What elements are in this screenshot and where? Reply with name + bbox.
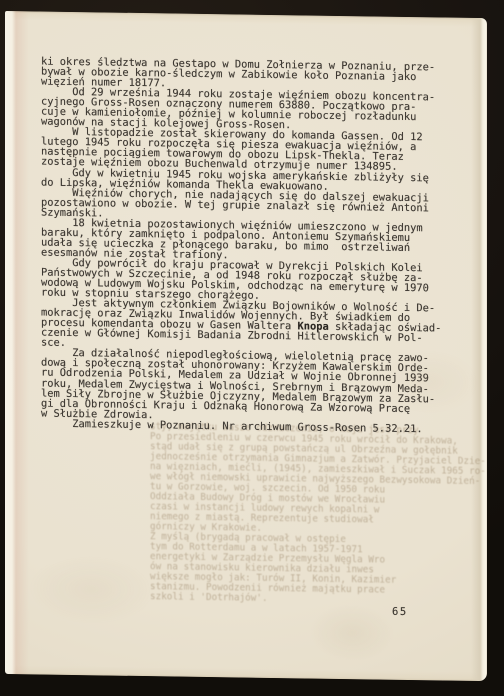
scanned-book-photo: sty, majątku wasze odznaczenia, o maja j… (0, 0, 504, 696)
book-page: sty, majątku wasze odznaczenia, o maja j… (5, 11, 487, 681)
bleedthrough-text: sty, majątku wasze odznaczenia, o maja j… (150, 422, 486, 607)
body-text: ki okres śledztwa na Gestapo w Domu Zołn… (41, 57, 441, 435)
page-number: 65 (392, 607, 408, 618)
